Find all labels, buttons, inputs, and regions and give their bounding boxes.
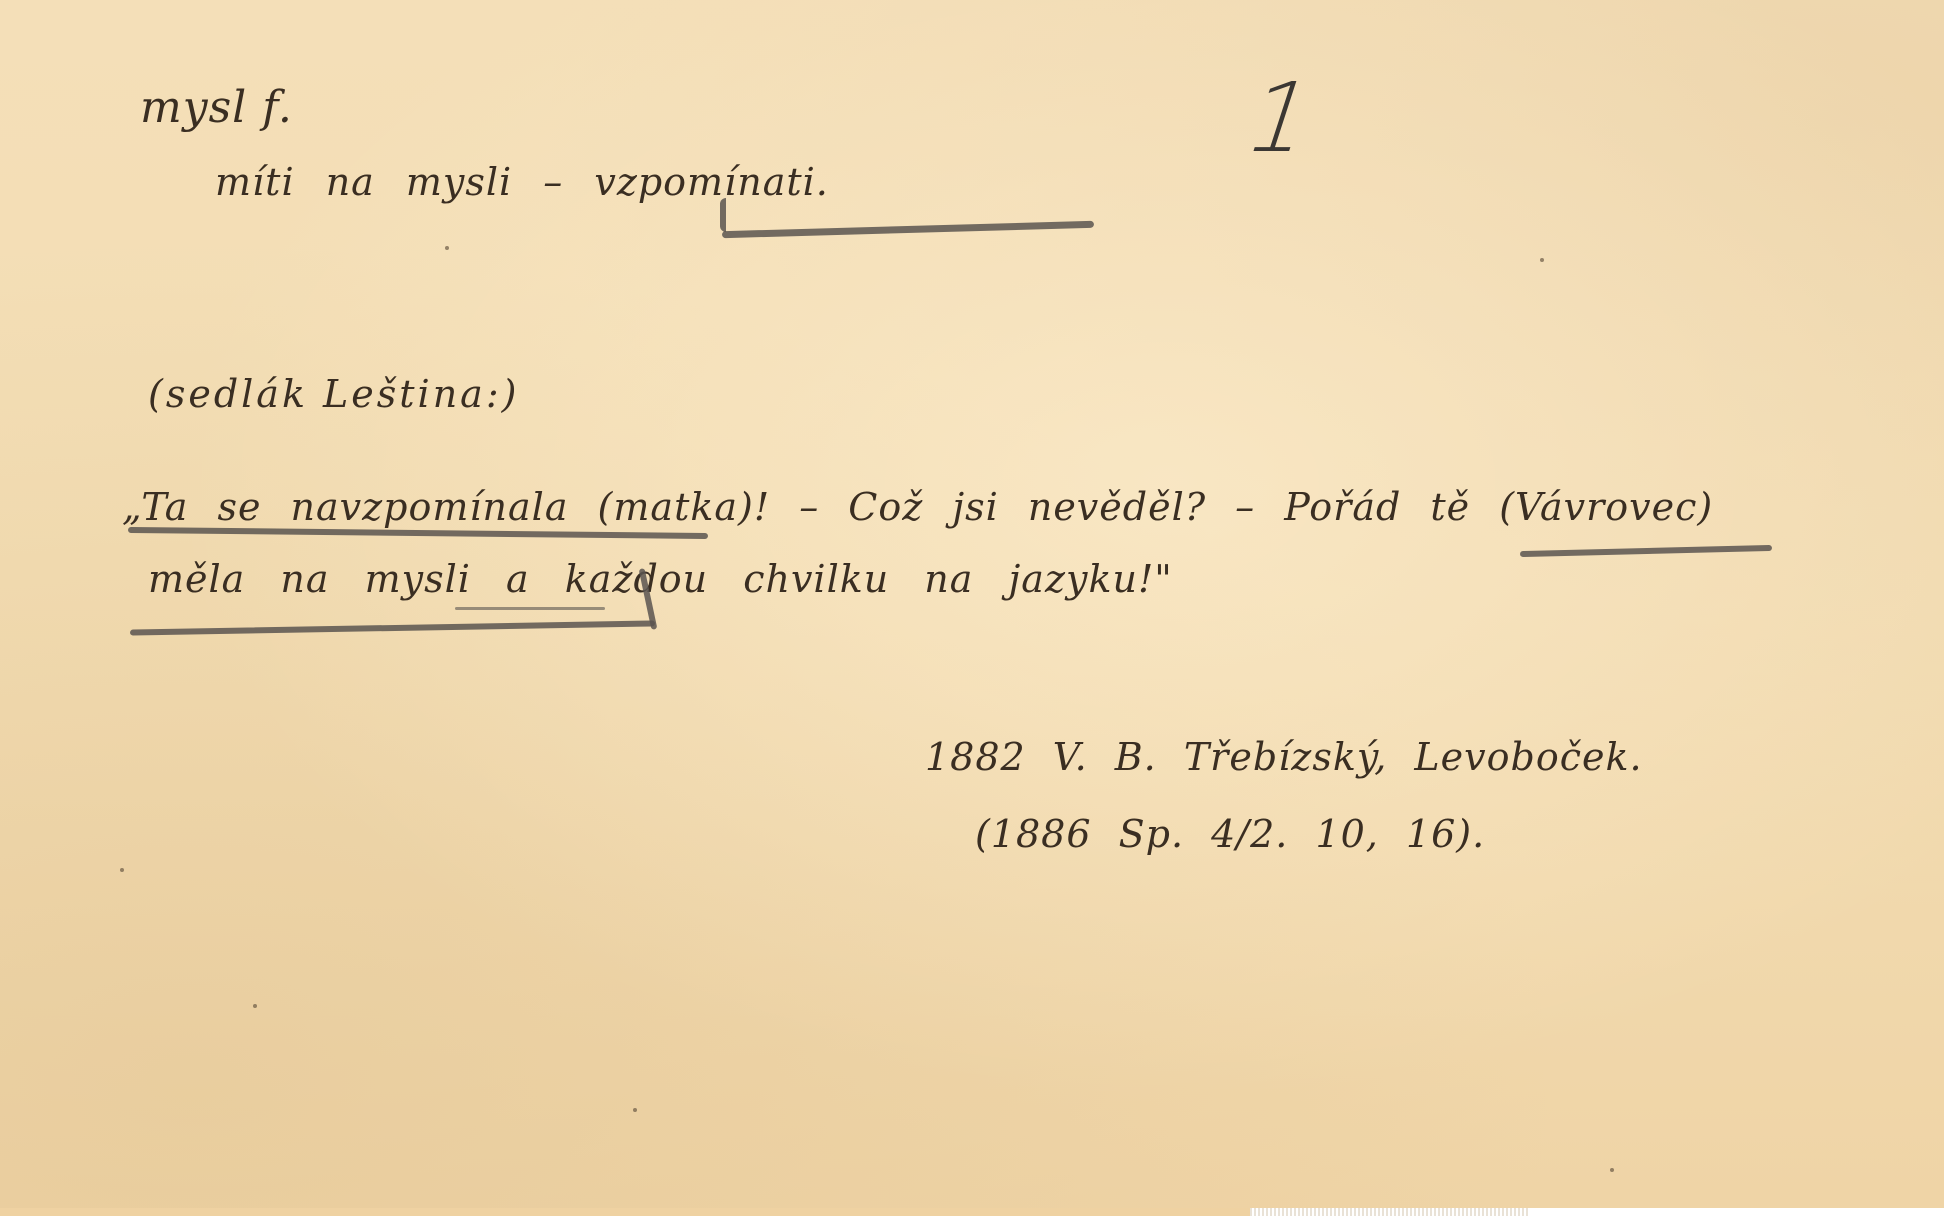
paper-speck	[120, 868, 124, 872]
quote-line-1: „Ta se navzpomínala (matka)! – Což jsi n…	[122, 485, 1713, 529]
headword: mysl f.	[140, 82, 293, 133]
source-line-2: (1886 Sp. 4/2. 10, 16).	[975, 812, 1485, 856]
speaker-note: (sedlák Leština:)	[148, 372, 519, 416]
pencil-underline-porad-te	[1520, 545, 1772, 557]
paper-speck	[1610, 1168, 1614, 1172]
scan-edge-blank	[1530, 1208, 1944, 1216]
source-line-1: 1882 V. B. Třebízský, Levoboček.	[925, 735, 1643, 779]
quote-line-2: měla na mysli a každou chvilku na jazyku…	[148, 557, 1173, 601]
pencil-hook-vzpominati	[720, 198, 726, 232]
index-card: 1 mysl f. míti na mysli – vzpomínati. (s…	[0, 0, 1944, 1208]
card-number: 1	[1232, 62, 1329, 174]
paper-speck	[1540, 258, 1544, 262]
paper-speck	[633, 1108, 637, 1112]
paper-speck	[445, 246, 449, 250]
scan-bottom-edge	[0, 1208, 1944, 1216]
pencil-underline-mela-na-mysli	[130, 620, 655, 635]
pencil-underline-mysli-wavy	[455, 607, 605, 610]
pencil-underline-vzpominati	[722, 221, 1094, 238]
paper-speck	[253, 1004, 257, 1008]
definition: míti na mysli – vzpomínati.	[215, 160, 829, 204]
